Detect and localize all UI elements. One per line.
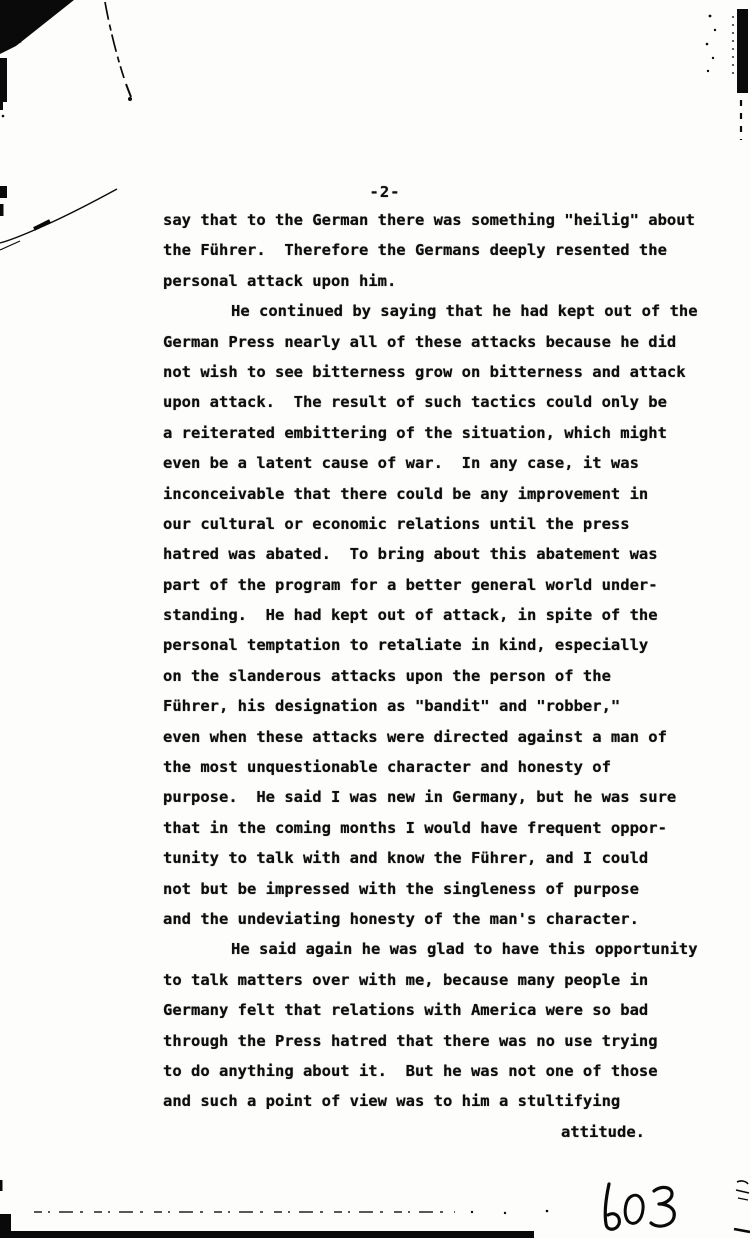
- paragraph: say that to the German there was somethi…: [163, 205, 679, 296]
- text-line: purpose. He said I was new in Germany, b…: [163, 782, 679, 812]
- text-line: inconceivable that there could be any im…: [163, 479, 679, 509]
- text-line: part of the program for a better general…: [163, 570, 679, 600]
- text-line: say that to the German there was somethi…: [163, 205, 679, 235]
- text-line: upon attack. The result of such tactics …: [163, 387, 679, 417]
- text-line: He continued by saying that he had kept …: [163, 296, 679, 326]
- text-line: Führer, his designation as "bandit" and …: [163, 691, 679, 721]
- bottom-right-scribble: [734, 1181, 750, 1232]
- right-edge-noise: [706, 9, 748, 140]
- page-number: -2-: [340, 183, 430, 201]
- text-line: our cultural or economic relations until…: [163, 509, 679, 539]
- crease-line-left: [0, 189, 117, 250]
- text-line: attitude.: [163, 1117, 679, 1147]
- text-line: to talk matters over with me, because ma…: [163, 965, 679, 995]
- text-line: personal temptation to retaliate in kind…: [163, 630, 679, 660]
- left-edge-noise: [0, 58, 7, 216]
- paragraph: He continued by saying that he had kept …: [163, 296, 679, 934]
- text-line: the Führer. Therefore the Germans deeply…: [163, 235, 679, 265]
- text-line: not but be impressed with the singleness…: [163, 874, 679, 904]
- corner-fold-mark: [0, 0, 74, 54]
- document-body: say that to the German there was somethi…: [163, 205, 679, 1147]
- text-line: even when these attacks were directed ag…: [163, 722, 679, 752]
- bottom-scan-line: [0, 1180, 548, 1238]
- crease-line-top: [105, 2, 132, 101]
- text-line: tunity to talk with and know the Führer,…: [163, 843, 679, 873]
- text-line: and such a point of view was to him a st…: [163, 1086, 679, 1116]
- text-line: that in the coming months I would have f…: [163, 813, 679, 843]
- text-line: German Press nearly all of these attacks…: [163, 327, 679, 357]
- text-line: He said again he was glad to have this o…: [163, 934, 679, 964]
- text-line: even be a latent cause of war. In any ca…: [163, 448, 679, 478]
- text-line: standing. He had kept out of attack, in …: [163, 600, 679, 630]
- text-line: and the undeviating honesty of the man's…: [163, 904, 679, 934]
- text-line: a reiterated embittering of the situatio…: [163, 418, 679, 448]
- text-line: hatred was abated. To bring about this a…: [163, 539, 679, 569]
- text-line: through the Press hatred that there was …: [163, 1026, 679, 1056]
- text-line: the most unquestionable character and ho…: [163, 752, 679, 782]
- text-line: to do anything about it. But he was not …: [163, 1056, 679, 1086]
- text-line: not wish to see bitterness grow on bitte…: [163, 357, 679, 387]
- text-line: Germany felt that relations with America…: [163, 995, 679, 1025]
- handwritten-page-number: 603: [598, 1182, 698, 1238]
- text-line: on the slanderous attacks upon the perso…: [163, 661, 679, 691]
- paragraph: He said again he was glad to have this o…: [163, 934, 679, 1147]
- text-line: personal attack upon him.: [163, 266, 679, 296]
- scanned-document-page: -2- say that to the German there was som…: [0, 0, 750, 1238]
